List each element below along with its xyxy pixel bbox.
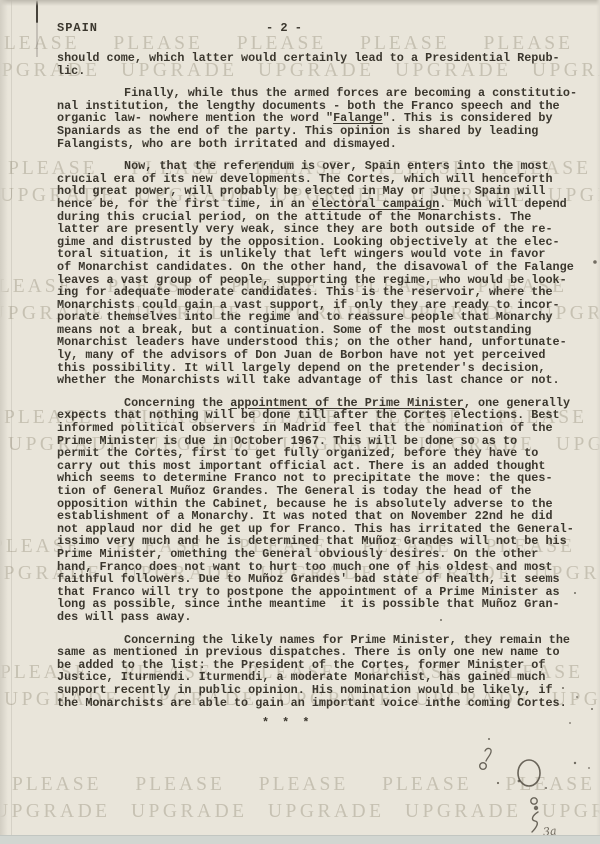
pen-mark [36, 0, 38, 23]
ink-specks [440, 260, 597, 810]
ink-squiggle-small [485, 748, 491, 761]
ink-squiggle-tail [532, 812, 538, 832]
handwritten-page-annotation: 3a [542, 824, 557, 838]
ink-circle-large [518, 760, 540, 786]
scanned-document-page: PLEASE PLEASE PLEASE PLEASE PLEASE PLEAS… [0, 0, 600, 844]
ink-circle-tiny [531, 798, 537, 804]
ink-doodles [0, 0, 600, 844]
paper-crease [11, 0, 12, 844]
ink-circle-small [480, 763, 487, 770]
